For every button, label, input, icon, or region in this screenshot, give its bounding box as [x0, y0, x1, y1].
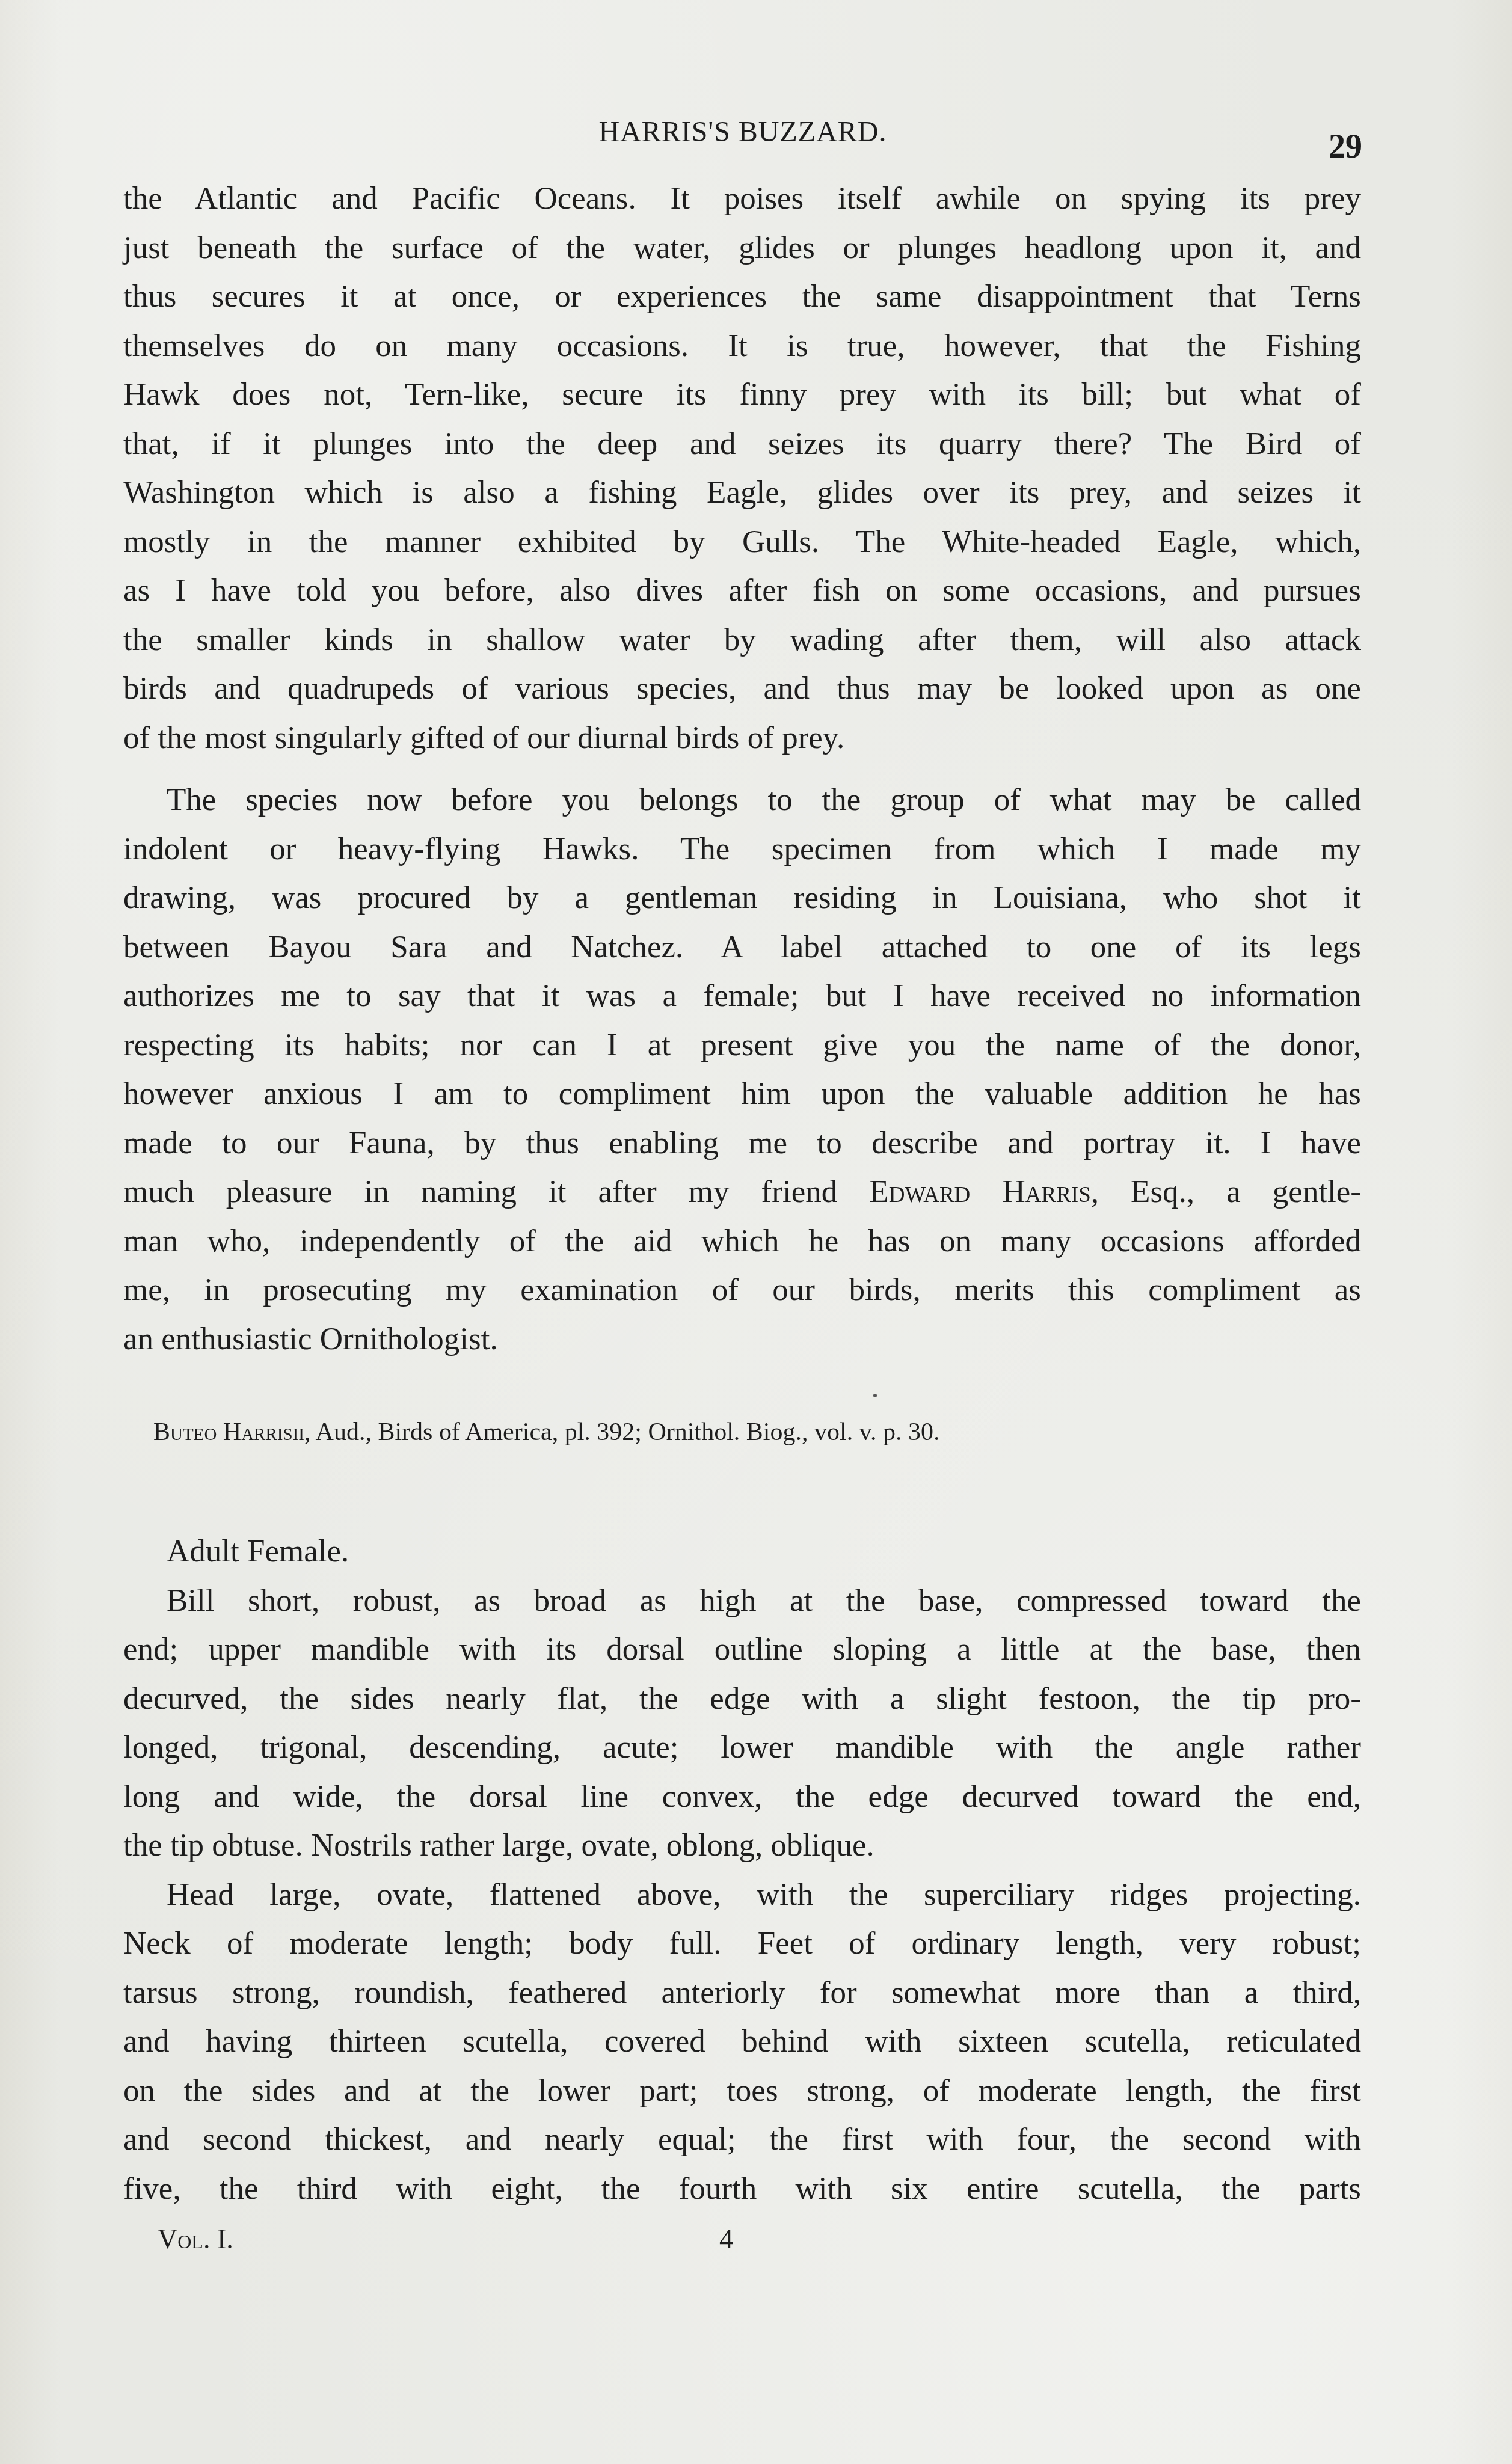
text-line: man who, independently of the aid which … [123, 1217, 1361, 1266]
text-line: much pleasure in naming it after my frie… [123, 1168, 1361, 1217]
text-line: end; upper mandible with its dorsal outl… [123, 1625, 1361, 1675]
person-name: Edward Harris [869, 1174, 1090, 1209]
text-line: longed, trigonal, descending, acute; low… [123, 1723, 1361, 1773]
citation-text: , Aud., Birds of America, pl. 392; Ornit… [304, 1418, 940, 1446]
text-line: on the sides and at the lower part; toes… [123, 2067, 1361, 2116]
text-line: and second thickest, and nearly equal; t… [123, 2115, 1361, 2165]
text-line: respecting its habits; nor can I at pres… [123, 1021, 1361, 1070]
text-fragment: much pleasure in naming it after my frie… [123, 1174, 869, 1209]
text-line: that, if it plunges into the deep and se… [123, 420, 1361, 469]
text-line: drawing, was procured by a gentleman res… [123, 874, 1361, 923]
text-line: the tip obtuse. Nostrils rather large, o… [123, 1821, 1361, 1871]
text-line: indolent or heavy-flying Hawks. The spec… [123, 825, 1361, 874]
text-line: five, the third with eight, the fourth w… [123, 2165, 1361, 2214]
synonymy-citation: Buteo Harrisii, Aud., Birds of America, … [153, 1418, 939, 1447]
text-fragment: , Esq., a gentle- [1091, 1174, 1361, 1209]
paragraph-species: The species now before you belongs to th… [123, 776, 1361, 1364]
text-line: thus secures it at once, or experiences … [123, 272, 1361, 322]
text-line: between Bayou Sara and Natchez. A label … [123, 923, 1361, 972]
text-line: themselves do on many occasions. It is t… [123, 322, 1361, 371]
text-line: Head large, ovate, flattened above, with… [123, 1871, 1361, 1920]
text-line: however anxious I am to compliment him u… [123, 1070, 1361, 1119]
text-line: long and wide, the dorsal line convex, t… [123, 1773, 1361, 1822]
text-line: Washington which is also a fishing Eagle… [123, 468, 1361, 518]
text-line: mostly in the manner exhibited by Gulls.… [123, 518, 1361, 567]
text-line: of the most singularly gifted of our diu… [123, 714, 1361, 763]
description-section: Adult Female. Bill short, robust, as bro… [123, 1527, 1361, 2213]
book-page: HARRIS'S BUZZARD. 29 the Atlantic and Pa… [0, 0, 1512, 2464]
text-line: authorizes me to say that it was a femal… [123, 972, 1361, 1021]
description-heading: Adult Female. [123, 1527, 1361, 1577]
scientific-name: Buteo Harrisii [153, 1418, 304, 1446]
text-line: as I have told you before, also dives af… [123, 566, 1361, 616]
ornament-dot [873, 1394, 877, 1397]
text-line: and having thirteen scutella, covered be… [123, 2017, 1361, 2067]
signature-mark: 4 [719, 2223, 733, 2255]
text-line: me, in prosecuting my examination of our… [123, 1266, 1361, 1315]
text-line: Hawk does not, Tern-like, secure its fin… [123, 370, 1361, 420]
volume-label: Vol. I. [158, 2223, 233, 2255]
text-line: the smaller kinds in shallow water by wa… [123, 616, 1361, 665]
text-line: an enthusiastic Ornithologist. [123, 1315, 1361, 1364]
text-line: Bill short, robust, as broad as high at … [123, 1577, 1361, 1626]
text-line: tarsus strong, roundish, feathered anter… [123, 1969, 1361, 2018]
text-line: birds and quadrupeds of various species,… [123, 664, 1361, 714]
page-number: 29 [1329, 127, 1362, 166]
paragraph-continuation: the Atlantic and Pacific Oceans. It pois… [123, 174, 1361, 762]
text-line: the Atlantic and Pacific Oceans. It pois… [123, 174, 1361, 224]
text-line: Neck of moderate length; body full. Feet… [123, 1919, 1361, 1969]
text-line: just beneath the surface of the water, g… [123, 224, 1361, 273]
text-line: made to our Fauna, by thus enabling me t… [123, 1119, 1361, 1168]
running-head: HARRIS'S BUZZARD. 29 [123, 115, 1362, 158]
running-title: HARRIS'S BUZZARD. [123, 115, 1362, 149]
text-line: decurved, the sides nearly flat, the edg… [123, 1675, 1361, 1724]
text-line: The species now before you belongs to th… [123, 776, 1361, 825]
